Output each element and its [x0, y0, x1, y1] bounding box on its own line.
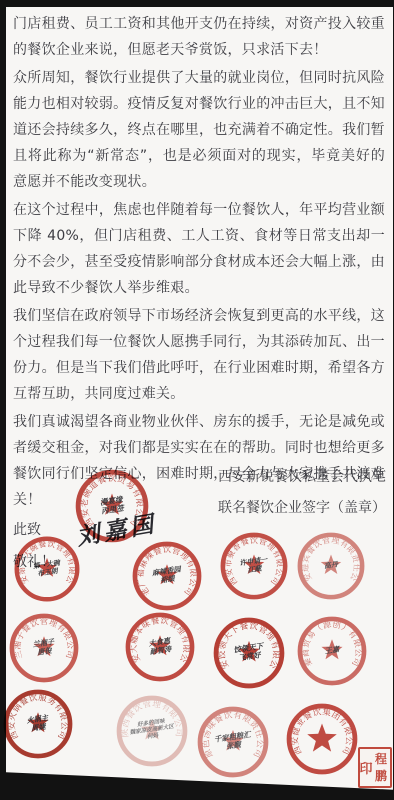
letter-paragraph: 我们坚信在政府领导下市场经济会恢复到更高的水平线，这个过程我们每一位餐饮人愿携手…	[13, 303, 385, 407]
name-seal-name-chars: 程 鹏	[372, 749, 390, 786]
name-seal: 印 程 鹏	[358, 747, 392, 788]
signoff-block: 西安新锐餐饮私董会代执笔 联名餐饮企业签字（盖章）	[218, 462, 386, 524]
page: { "photo": { "background_color": "#12121…	[0, 0, 394, 800]
paragraphs: 门店租费、员工工资和其他开支仍在持续，对资产投入较重的餐饮企业来说，但愿老天爷赏…	[13, 11, 385, 513]
name-seal-char-yin: 印	[360, 749, 372, 786]
letter-paragraph: 众所周知，餐饮行业提供了大量的就业岗位，但同时抗风险能力也相对较弱。疫情反复对餐…	[13, 65, 385, 195]
signoff-signature-line: 联名餐饮企业签字（盖章）	[218, 493, 386, 524]
signoff-author-line: 西安新锐餐饮私董会代执笔	[218, 462, 386, 493]
salute-phrase: 敬礼！	[13, 549, 385, 575]
letter-paper: 门店租费、员工工资和其他开支仍在持续，对资产投入较重的餐饮企业来说，但愿老天爷赏…	[6, 7, 393, 800]
letter-paragraph: 门店租费、员工工资和其他开支仍在持续，对资产投入较重的餐饮企业来说，但愿老天爷赏…	[13, 11, 385, 63]
letter-paragraph: 在这个过程中，焦虑也伴随着每一位餐饮人，年平均营业额下降 40%，但门店租费、工…	[13, 197, 385, 301]
